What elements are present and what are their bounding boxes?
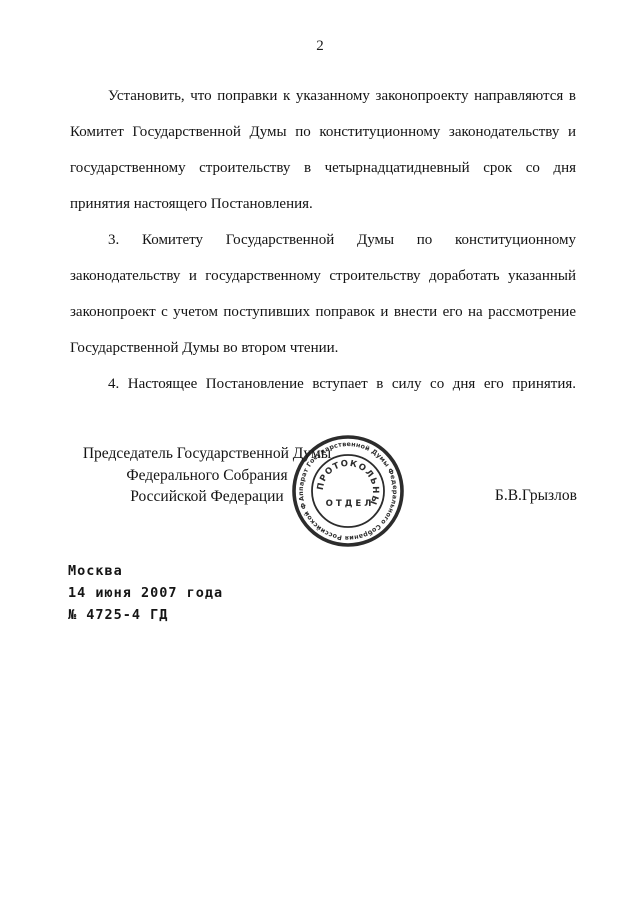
text-line: государственному строительству в четырна… xyxy=(70,150,576,186)
text-line: законодательству и государственному стро… xyxy=(70,258,576,294)
paragraph-3: 4. Настоящее Постановление вступает в си… xyxy=(70,366,576,402)
paragraph-1: Установить, что поправки к указанному за… xyxy=(70,78,576,222)
text-line: Установить, что поправки к указанному за… xyxy=(70,78,576,114)
official-round-stamp: Аппарат Государственной Думы Федеральног… xyxy=(290,433,406,549)
paragraph-2: 3. Комитету Государственной Думы по конс… xyxy=(70,222,576,366)
stamp-outer-circle xyxy=(294,437,402,545)
text-line: 3. Комитету Государственной Думы по конс… xyxy=(70,222,576,258)
text-line: принятия настоящего Постановления. xyxy=(70,186,576,222)
footer-date: 14 июня 2007 года xyxy=(68,582,223,604)
text-line: законопроект с учетом поступивших поправ… xyxy=(70,294,576,330)
signatory-name: Б.В.Грызлов xyxy=(495,487,577,505)
footer-city: Москва xyxy=(68,560,223,582)
text-line: Государственной Думы во втором чтении. xyxy=(70,330,576,366)
text-line: Комитет Государственной Думы по конститу… xyxy=(70,114,576,150)
footer-block: Москва 14 июня 2007 года № 4725-4 ГД xyxy=(68,560,223,626)
document-page: 2 Установить, что поправки к указанному … xyxy=(0,0,640,900)
stamp-department-line2: ОТДЕЛ xyxy=(326,499,375,509)
text-line: 4. Настоящее Постановление вступает в си… xyxy=(70,366,576,402)
page-number: 2 xyxy=(0,38,640,55)
document-body: Установить, что поправки к указанному за… xyxy=(70,78,576,402)
footer-doc-number: № 4725-4 ГД xyxy=(68,604,223,626)
